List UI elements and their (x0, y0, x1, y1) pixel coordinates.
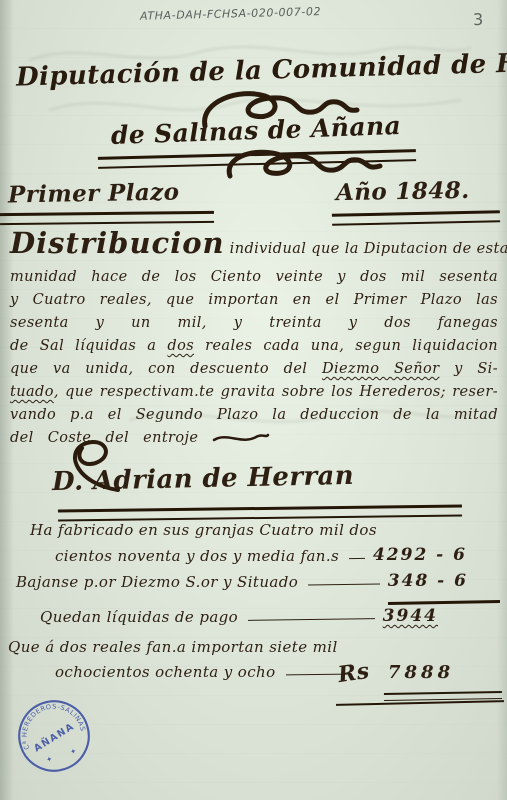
line-text: de Sal líquidas a (10, 338, 167, 354)
lead-word: Distribucion (10, 226, 225, 260)
dash-leader (248, 618, 375, 621)
dash-leader (349, 558, 365, 559)
manuscript-line: de Sal líquidas a dos reales cada una, s… (10, 335, 498, 358)
manuscript-line: Distribucion individual que la Diputacio… (10, 226, 498, 266)
body-paragraph: Distribucion individual que la Diputacio… (10, 226, 498, 450)
archive-stamp: Cª HEREDEROS-SALINAS AÑANA ✦ ✦ (4, 686, 105, 787)
line-end-flourish (212, 430, 270, 446)
term-label: Primer Plazo (8, 179, 180, 209)
stamp-ornament-icon: ✦ (45, 754, 54, 764)
row-label: cientos noventa y dos y media fan.s (55, 547, 339, 565)
manuscript-line: tuado, que respectivam.te gravita sobre … (10, 381, 498, 404)
archival-reference: ATHA-DAH-FCHSA-020-007-02 (140, 4, 350, 22)
row-label: ochocientos ochenta y ocho (55, 663, 276, 681)
emphasized-word: dos (167, 338, 194, 354)
manuscript-page: ATHA-DAH-FCHSA-020-007-02 3 Diputación d… (0, 0, 507, 800)
account-row-total-line1: Que á dos reales fan.a importan siete mi… (8, 638, 338, 656)
amount-net: 3944 (383, 606, 438, 626)
account-row-total-line2: ochocientos ochenta y ocho (55, 663, 355, 681)
line-text: que va unida, con descuento del (10, 361, 322, 377)
manuscript-line: vando p.a el Segundo Plazo la deduccion … (10, 404, 498, 427)
manuscript-line: sesenta y un mil, y treinta y dos fanega… (10, 312, 498, 335)
heading-underline (58, 505, 462, 522)
account-row-fabricated-line2: cientos noventa y dos y media fan.s 4292… (55, 545, 467, 565)
term-underline (0, 211, 214, 225)
account-row-net: Quedan líquidas de pago 3944 (40, 606, 438, 626)
emphasized-word: tuado (10, 384, 54, 400)
account-row-deduction: Bajanse p.or Diezmo S.or y Situado 348 -… (16, 571, 468, 591)
total-underline-long (336, 700, 504, 706)
stamp-ornament-icon: ✦ (69, 746, 78, 756)
manuscript-line: y Cuatro reales, que importan en el Prim… (10, 289, 498, 312)
dash-leader (308, 584, 380, 586)
line-text: y Si- (440, 361, 499, 377)
manuscript-line: munidad hace de los Ciento veinte y dos … (10, 266, 498, 289)
subtraction-rule (388, 600, 500, 604)
amount-deduction: 348 - 6 (388, 571, 468, 591)
heir-name-heading: D. Adrian de Herran (52, 461, 355, 497)
year-underline (332, 210, 500, 226)
document-title-line2: de Salinas de Añana (96, 110, 417, 150)
amount-total: 7888 (388, 662, 454, 683)
year-label: Año 1848. (336, 177, 470, 206)
row-label: Quedan líquidas de pago (40, 608, 238, 626)
account-row-fabricated-line1: Ha fabricado en sus granjas Cuatro mil d… (30, 521, 377, 539)
emphasized-word: Diezmo Señor (322, 361, 440, 377)
line-text: individual que la Diputacion de esta Co- (225, 241, 507, 257)
total-underline (384, 691, 502, 701)
amount-fabricated: 4292 - 6 (373, 545, 467, 565)
manuscript-line: que va unida, con descuento del Diezmo S… (10, 358, 498, 381)
row-label: Bajanse p.or Diezmo S.or y Situado (16, 573, 298, 591)
line-text: reales cada una, segun liquidacion (194, 338, 498, 354)
reales-currency-sign: Rs (336, 658, 371, 688)
page-number: 3 (472, 10, 483, 29)
line-text: , que respectivam.te gravita sobre los H… (54, 384, 498, 400)
